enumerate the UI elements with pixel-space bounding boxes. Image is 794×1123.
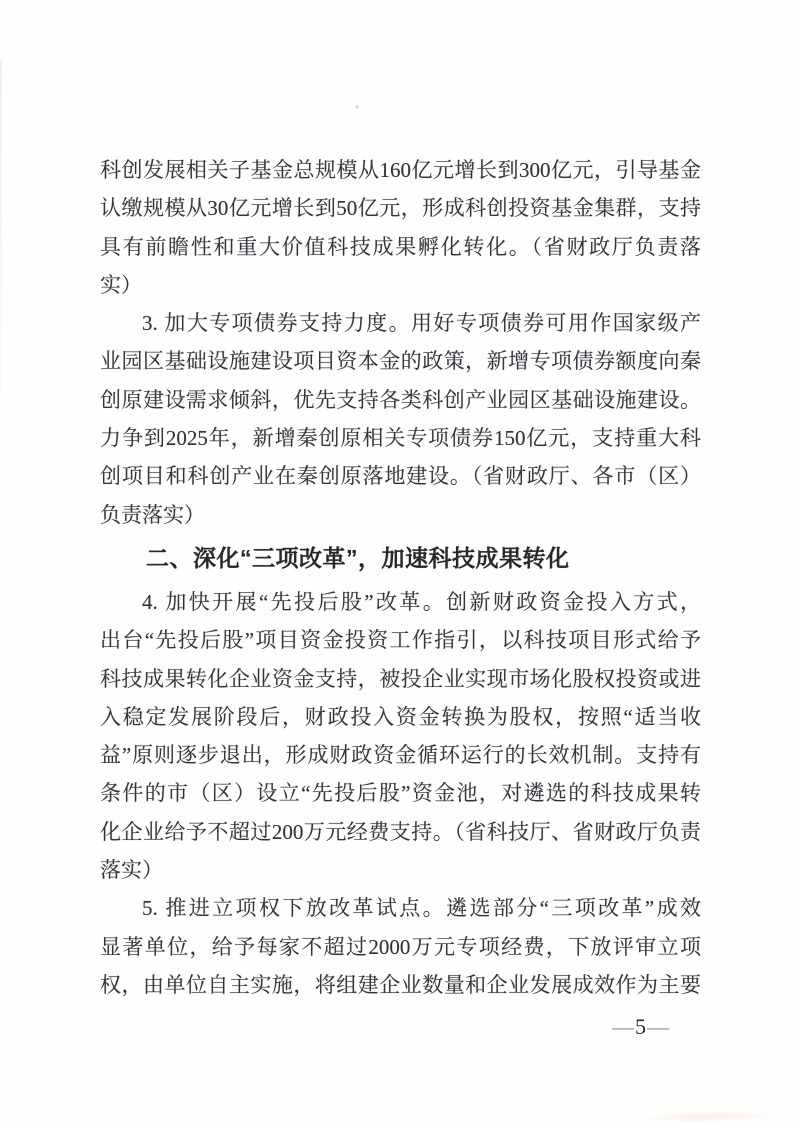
document-page: 科创发展相关子基金总规模从160亿元增长到300亿元，引导基金认缴规模从30亿元… <box>0 0 794 1123</box>
scan-speck-artifact <box>355 105 359 109</box>
text-line: 出台“先投后股”项目资金投资工作指引，以科技项目形式给予 <box>100 621 701 659</box>
text-line: 入稳定发展阶段后，财政投入资金转换为股权，按照“适当收 <box>100 698 701 736</box>
text-line: 创原建设需求倾斜，优先支持各类科创产业园区基础设施建设。 <box>100 381 701 419</box>
page-number-dash-right: — <box>647 1014 669 1039</box>
text-line: 认缴规模从30亿元增长到50亿元，形成科创投资基金集群，支持 <box>100 189 701 227</box>
scan-edge-artifact <box>0 60 2 400</box>
text-line: 条件的市（区）设立“先投后股”资金池，对遴选的科技成果转 <box>100 774 701 812</box>
document-text: 科创发展相关子基金总规模从160亿元增长到300亿元，引导基金认缴规模从30亿元… <box>100 151 701 1004</box>
text-line: 化企业给予不超过200万元经费支持。（省科技厅、省财政厅负责 <box>100 813 701 851</box>
text-line: 创项目和科创产业在秦创原落地建设。（省财政厅、各市（区） <box>100 457 701 495</box>
text-line: 落实） <box>100 851 701 889</box>
text-line: 益”原则逐步退出，形成财政资金循环运行的长效机制。支持有 <box>100 736 701 774</box>
page-number: —5— <box>612 1014 669 1040</box>
text-line: 科创发展相关子基金总规模从160亿元增长到300亿元，引导基金 <box>100 151 701 189</box>
text-line: 3. 加大专项债券支持力度。用好专项债券可用作国家级产 <box>100 304 701 342</box>
text-line: 具有前瞻性和重大价值科技成果孵化转化。（省财政厅负责落 <box>100 228 701 266</box>
text-line: 科技成果转化企业资金支持，被投企业实现市场化股权投资或进 <box>100 660 701 698</box>
text-line: 5. 推进立项权下放改革试点。遴选部分“三项改革”成效 <box>100 889 701 927</box>
page-number-value: 5 <box>634 1014 647 1039</box>
scan-smudge-artifact <box>640 1110 780 1123</box>
section-heading: 二、深化“三项改革”，加速科技成果转化 <box>100 534 701 583</box>
text-line: 显著单位，给予每家不超过2000万元专项经费，下放评审立项 <box>100 928 701 966</box>
text-line: 实） <box>100 266 701 304</box>
text-line: 力争到2025年，新增秦创原相关专项债券150亿元，支持重大科 <box>100 419 701 457</box>
text-line: 权，由单位自主实施，将组建企业数量和企业发展成效作为主要 <box>100 966 701 1004</box>
text-line: 业园区基础设施建设项目资本金的政策，新增专项债券额度向秦 <box>100 342 701 380</box>
text-line: 4. 加快开展“先投后股”改革。创新财政资金投入方式， <box>100 583 701 621</box>
text-line: 负责落实） <box>100 496 701 534</box>
page-number-dash-left: — <box>612 1014 634 1039</box>
